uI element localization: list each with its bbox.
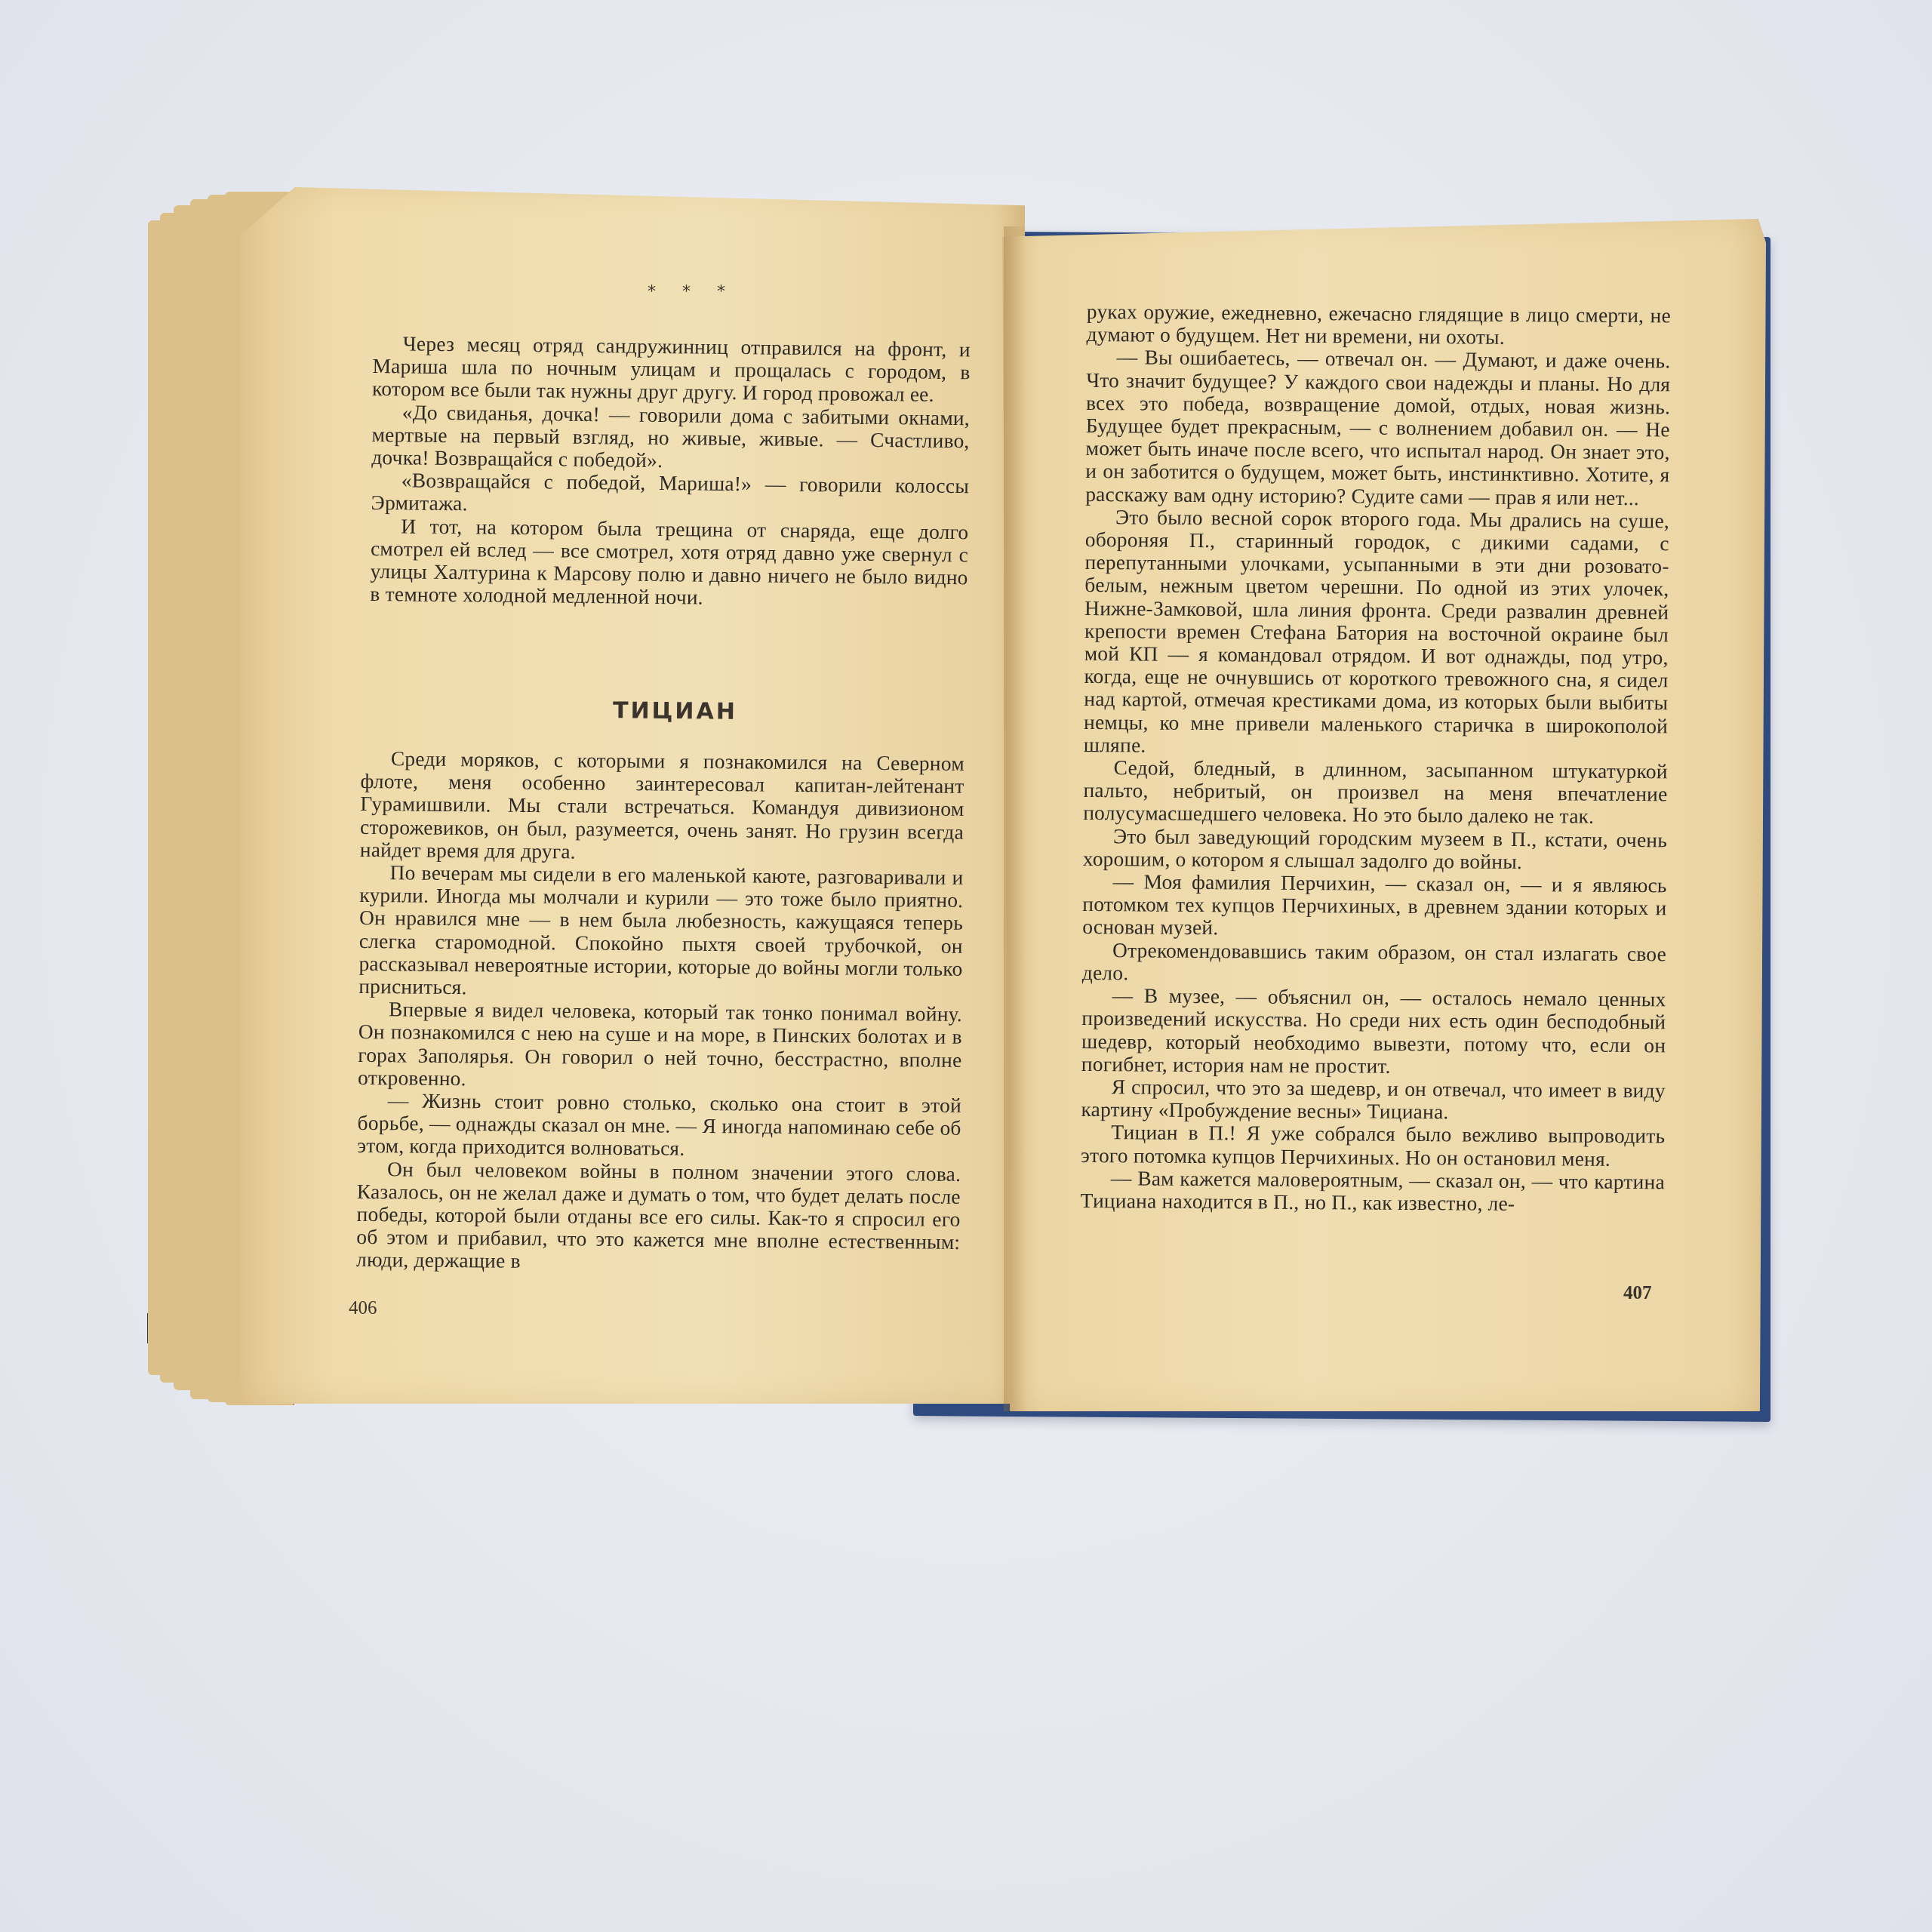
paragraph: Седой, бледный, в длинном, засыпанном шт… [1083, 756, 1668, 829]
paragraph: И тот, на котором была трещина от снаряд… [370, 515, 968, 612]
open-book: * * * Через месяц отряд сандружинниц отп… [0, 0, 1932, 1932]
paragraph: «Возвращайся с победой, Мариша!» — говор… [371, 469, 969, 521]
right-page-text: руках оружие, ежедневно, ежечасно глядящ… [1081, 300, 1671, 1216]
paragraph: Отрекомендовавшись таким образом, он ста… [1082, 939, 1666, 989]
paragraph: Среди моряков, с которыми я познакомился… [360, 747, 964, 866]
paragraph: По вечерам мы сидели в его маленькой каю… [358, 861, 964, 1003]
paragraph: Впервые я видел человека, который так то… [358, 998, 962, 1094]
page-number-right: 407 [1623, 1283, 1652, 1304]
page-number-left: 406 [349, 1298, 377, 1319]
book-gutter [1004, 226, 1026, 1411]
paragraph: Это был заведующий городским музеем в П.… [1083, 825, 1667, 875]
section-break: * * * [648, 282, 736, 301]
paragraph: Через месяц отряд сандружинниц отправилс… [372, 332, 971, 407]
paragraph: Я спросил, что это за шедевр, и он отвеч… [1081, 1075, 1665, 1125]
paragraph: — Вы ошибаетесь, — отвечал он. — Думают,… [1085, 346, 1670, 509]
paragraph: — Моя фамилия Перчихин, — сказал он, — и… [1082, 870, 1667, 943]
paragraph: — Жизнь стоит ровно столько, сколько она… [357, 1089, 961, 1163]
paragraph: — Вам кажется маловероятным, — сказал он… [1081, 1167, 1665, 1217]
paragraph: «До свиданья, дочка! — говорили дома с з… [371, 401, 970, 475]
left-page-chapter-text: Среди моряков, с которыми я познакомился… [356, 747, 964, 1277]
paragraph: Тициан в П.! Я уже собрался было вежливо… [1081, 1121, 1665, 1171]
paragraph: Он был человеком войны в полном значении… [356, 1158, 961, 1277]
chapter-title: ТИЦИАН [613, 697, 737, 724]
paragraph-continuation: руках оружие, ежедневно, ежечасно глядящ… [1087, 300, 1671, 350]
paragraph: — В музее, — объяснил он, — осталось нем… [1081, 984, 1666, 1079]
left-page-section-text: Через месяц отряд сандружинниц отправилс… [370, 332, 971, 612]
paragraph: Это было весной сорок второго года. Мы д… [1084, 506, 1669, 761]
